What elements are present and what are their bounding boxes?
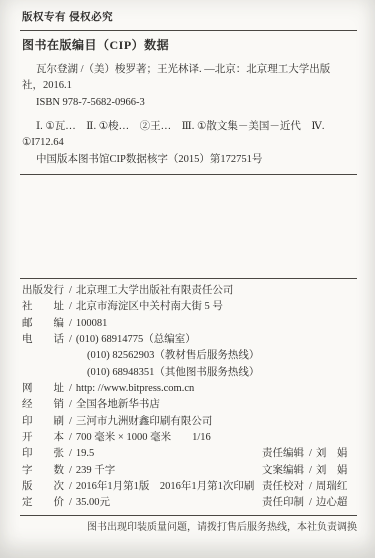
- row-label: 邮 编: [22, 319, 64, 330]
- credit-name: 刘 娟: [316, 466, 348, 477]
- divider-middle-lower: [20, 278, 357, 279]
- row-format: 开 本/700 毫米 × 1000 毫米 1/16: [22, 430, 357, 446]
- row-value: 700 毫米 × 1000 毫米 1/16: [76, 433, 211, 444]
- row-label: 印 刷: [22, 417, 64, 428]
- row-value: 19.5: [76, 449, 94, 460]
- cip-desc-line1: 瓦尔登湖 /（美）梭罗著；王光林译. —北京：北京理工大学出版: [22, 62, 357, 78]
- credit-label: 责任印制: [262, 498, 304, 509]
- credit-name: 边心超: [316, 498, 348, 509]
- row-value: 100081: [76, 319, 108, 330]
- row-sheets: 印 张/19.5 责任编辑/刘 娟: [22, 446, 357, 462]
- credit-label: 责任校对: [262, 482, 304, 493]
- row-value: 北京市海淀区中关村南大街 5 号: [76, 302, 223, 313]
- slash-separator: /: [64, 319, 76, 330]
- row-distribution: 经 销/全国各地新华书店: [22, 397, 357, 413]
- editor-credit: 文案编辑/刘 娟: [262, 466, 357, 477]
- divider-bottom: [20, 515, 357, 516]
- row-value: http: //www.bitpress.com.cn: [76, 384, 194, 395]
- slash-separator: /: [64, 498, 76, 509]
- cip-desc-line2: 社，2016.1: [22, 78, 357, 94]
- cip-heading: 图书在版编目（CIP）数据: [22, 39, 357, 51]
- credit-label: 责任编辑: [262, 449, 304, 460]
- class-line1: Ⅰ. ①瓦… Ⅱ. ①梭… ②王… Ⅲ. ①散文集－美国－近代 Ⅳ.: [22, 119, 357, 135]
- row-value: (010) 68948351（其他图书服务热线）: [87, 368, 259, 379]
- cip-classification: Ⅰ. ①瓦… Ⅱ. ①梭… ②王… Ⅲ. ①散文集－美国－近代 Ⅳ. ①I712…: [22, 119, 357, 168]
- slash-separator: /: [64, 449, 76, 460]
- row-website: 网 址/http: //www.bitpress.com.cn: [22, 381, 357, 397]
- colophon-table: 出版发行/北京理工大学出版社有限责任公司 社 址/北京市海淀区中关村南大街 5 …: [22, 283, 357, 512]
- row-postcode: 邮 编/100081: [22, 316, 357, 332]
- credit-name: 刘 娟: [316, 449, 348, 460]
- divider-middle-upper: [20, 174, 357, 175]
- slash-separator: /: [64, 335, 76, 346]
- row-label: 经 销: [22, 400, 64, 411]
- row-phone: 电 话/(010) 68914775（总编室）: [22, 332, 357, 348]
- row-label: 社 址: [22, 302, 64, 313]
- row-value: (010) 82562903（教材售后服务热线）: [87, 351, 259, 362]
- slash-separator: /: [64, 433, 76, 444]
- slash-separator: /: [64, 482, 76, 493]
- row-value: 35.00元: [76, 498, 110, 509]
- row-wordcount: 字 数/239 千字 文案编辑/刘 娟: [22, 463, 357, 479]
- row-phone-3: (010) 68948351（其他图书服务热线）: [22, 365, 357, 381]
- row-value: (010) 68914775（总编室）: [76, 335, 196, 346]
- row-label: 印 张: [22, 449, 64, 460]
- credit-label: 文案编辑: [262, 466, 304, 477]
- editor-credit: 责任编辑/刘 娟: [262, 449, 357, 460]
- slash-separator: /: [304, 449, 316, 460]
- row-value: 2016年1月第1版 2016年1月第1次印刷: [76, 482, 255, 493]
- slash-separator: /: [304, 498, 316, 509]
- editor-credit: 责任印制/边心超: [262, 498, 357, 509]
- row-label: 电 话: [22, 335, 64, 346]
- row-label: 版 次: [22, 482, 64, 493]
- slash-separator: /: [64, 400, 76, 411]
- row-value: 全国各地新华书店: [76, 400, 160, 411]
- slash-separator: /: [304, 466, 316, 477]
- slash-separator: /: [64, 417, 76, 428]
- class-line2: ①I712.64: [22, 135, 357, 151]
- row-value: 三河市九洲财鑫印刷有限公司: [76, 417, 213, 428]
- row-label: 开 本: [22, 433, 64, 444]
- isbn-line: ISBN 978-7-5682-0966-3: [22, 95, 357, 111]
- editor-credit: 责任校对/周瑞红: [262, 482, 357, 493]
- row-printer: 印 刷/三河市九洲财鑫印刷有限公司: [22, 414, 357, 430]
- row-phone-2: (010) 82562903（教材售后服务热线）: [22, 348, 357, 364]
- row-address: 社 址/北京市海淀区中关村南大街 5 号: [22, 299, 357, 315]
- row-value: 239 千字: [76, 466, 115, 477]
- footer-note: 图书出现印装质量问题，请拨打售后服务热线，本社负责调换: [22, 523, 357, 533]
- divider-top: [20, 30, 357, 31]
- slash-separator: /: [64, 466, 76, 477]
- row-label: 出版发行: [22, 286, 64, 297]
- credit-name: 周瑞红: [316, 482, 348, 493]
- colophon-page: 版权专有 侵权必究 图书在版编目（CIP）数据 瓦尔登湖 /（美）梭罗著；王光林…: [0, 0, 375, 558]
- slash-separator: /: [64, 302, 76, 313]
- row-price: 定 价/35.00元 责任印制/边心超: [22, 495, 357, 511]
- slash-separator: /: [64, 384, 76, 395]
- row-label: 字 数: [22, 466, 64, 477]
- row-edition: 版 次/2016年1月第1版 2016年1月第1次印刷 责任校对/周瑞红: [22, 479, 357, 495]
- row-label: 定 价: [22, 498, 64, 509]
- row-label: 网 址: [22, 384, 64, 395]
- copyright-notice: 版权专有 侵权必究: [22, 13, 357, 24]
- cip-record-number: 中国版本图书馆CIP数据核字（2015）第172751号: [22, 152, 357, 168]
- slash-separator: /: [304, 482, 316, 493]
- cip-description: 瓦尔登湖 /（美）梭罗著；王光林译. —北京：北京理工大学出版 社，2016.1…: [22, 62, 357, 111]
- slash-separator: /: [64, 286, 76, 297]
- row-publisher: 出版发行/北京理工大学出版社有限责任公司: [22, 283, 357, 299]
- row-value: 北京理工大学出版社有限责任公司: [76, 286, 234, 297]
